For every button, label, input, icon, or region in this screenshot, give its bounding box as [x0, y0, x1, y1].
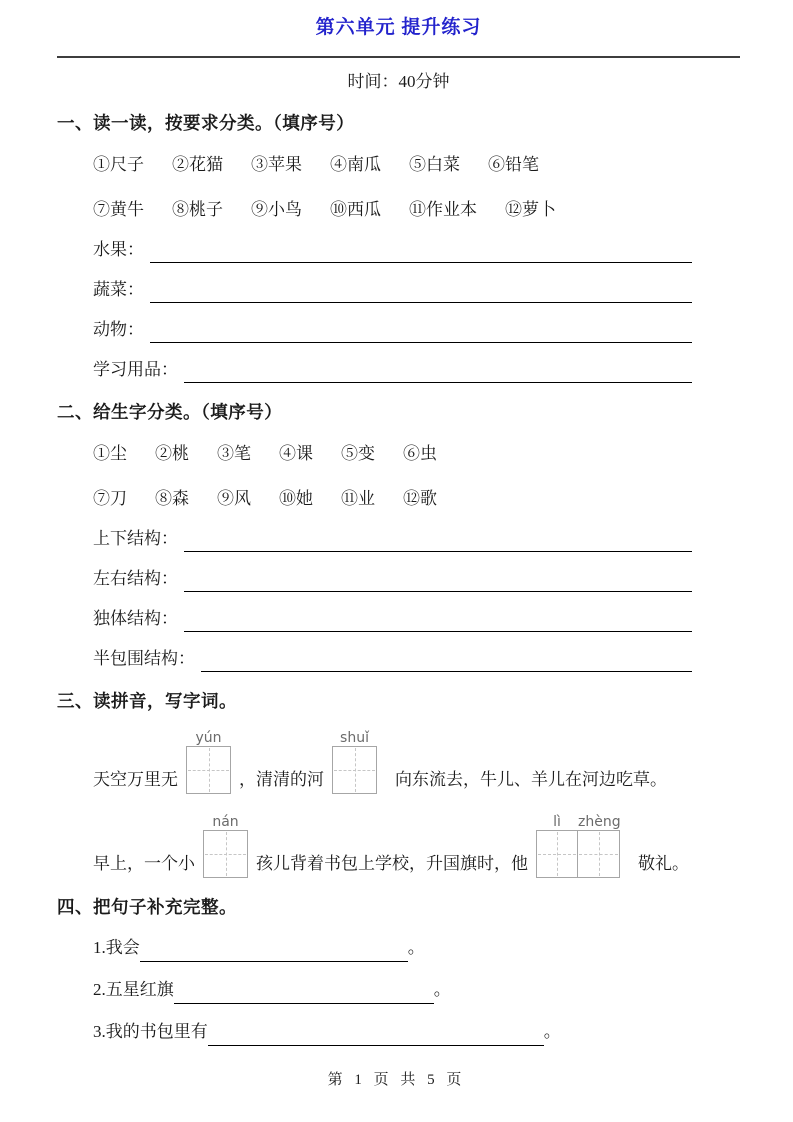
word-item: ⑨小鸟: [251, 197, 302, 223]
section-2: 二、给生字分类。（填序号） ①尘 ②桃 ③笔 ④课 ⑤变 ⑥虫 ⑦刀 ⑧森 ⑨风…: [57, 399, 740, 672]
structure-row-half-enclosed: 半包围结构：: [57, 646, 740, 672]
writing-box-shui[interactable]: shuǐ: [332, 730, 377, 794]
category-row-school-supplies: 学习用品：: [57, 357, 740, 383]
structure-label: 左右结构：: [93, 566, 178, 592]
section-3: 三、读拼音，写字词。 天空万里无 yún ，清清的河 shuǐ 向东流去，牛儿、…: [57, 688, 740, 878]
character-writing-box[interactable]: [186, 746, 231, 794]
pinyin-sentence-2: 早上，一个小 nán 孩儿背着书包上学校，升国旗时，他 lì zhèng 敬礼。: [57, 814, 740, 878]
section-1: 一、读一读，按要求分类。（填序号） ①尺子 ②花猫 ③苹果 ④南瓜 ⑤白菜 ⑥铅…: [57, 110, 740, 383]
word-item: ②花猫: [172, 152, 223, 178]
word-item: ⑪作业本: [409, 197, 477, 223]
category-row-animal: 动物：: [57, 317, 740, 343]
writing-box-yun[interactable]: yún: [186, 730, 231, 794]
pinyin-label: nán: [212, 814, 238, 830]
answer-line[interactable]: [150, 237, 692, 263]
word-item: ④南瓜: [330, 152, 381, 178]
structure-label: 上下结构：: [93, 526, 178, 552]
answer-line[interactable]: [150, 317, 692, 343]
category-row-vegetable: 蔬菜：: [57, 277, 740, 303]
answer-line[interactable]: [184, 526, 692, 552]
char-item: ①尘: [93, 441, 127, 467]
word-item: ⑦黄牛: [93, 197, 144, 223]
char-item: ⑤变: [341, 441, 375, 467]
sentence-suffix: 。: [544, 1018, 561, 1046]
structure-row-left-right: 左右结构：: [57, 566, 740, 592]
character-writing-box[interactable]: [578, 830, 620, 878]
char-item: ③笔: [217, 441, 251, 467]
char-item: ⑦刀: [93, 486, 127, 512]
sentence-text: 敬礼。: [638, 850, 689, 878]
answer-line[interactable]: [140, 934, 408, 962]
char-item: ⑫歌: [403, 486, 437, 512]
word-item: ①尺子: [93, 152, 144, 178]
section-2-heading: 二、给生字分类。（填序号）: [57, 399, 740, 425]
sentence-suffix: 。: [434, 976, 451, 1004]
pinyin-sentence-1: 天空万里无 yún ，清清的河 shuǐ 向东流去，牛儿、羊儿在河边吃草。: [57, 730, 740, 794]
sentence-prefix: 3.我的书包里有: [93, 1018, 208, 1046]
worksheet-page: 第六单元 提升练习 时间：40分钟 一、读一读，按要求分类。（填序号） ①尺子 …: [0, 0, 793, 1122]
word-item: ⑤白菜: [409, 152, 460, 178]
section-3-heading: 三、读拼音，写字词。: [57, 688, 740, 714]
writing-box-li-zheng[interactable]: lì zhèng: [536, 814, 620, 878]
char-item: ⑨风: [217, 486, 251, 512]
structure-label: 独体结构：: [93, 606, 178, 632]
answer-line[interactable]: [184, 566, 692, 592]
char-item: ②桃: [155, 441, 189, 467]
section-1-word-row-2: ⑦黄牛 ⑧桃子 ⑨小鸟 ⑩西瓜 ⑪作业本 ⑫萝卜: [57, 197, 740, 223]
word-item: ⑥铅笔: [488, 152, 539, 178]
char-item: ⑪业: [341, 486, 375, 512]
answer-line[interactable]: [184, 357, 692, 383]
sentence-completion-1: 1.我会 。: [57, 934, 740, 962]
answer-line[interactable]: [208, 1018, 544, 1046]
word-item: ⑫萝卜: [505, 197, 556, 223]
section-1-word-row-1: ①尺子 ②花猫 ③苹果 ④南瓜 ⑤白菜 ⑥铅笔: [57, 152, 740, 178]
answer-line[interactable]: [201, 646, 692, 672]
double-writing-box: [536, 830, 620, 878]
sentence-text: 孩儿背着书包上学校，升国旗时，他: [256, 850, 528, 878]
writing-box-nan[interactable]: nán: [203, 814, 248, 878]
category-label: 动物：: [93, 317, 144, 343]
character-writing-box[interactable]: [332, 746, 377, 794]
char-item: ⑥虫: [403, 441, 437, 467]
sentence-prefix: 2.五星红旗: [93, 976, 174, 1004]
char-item: ⑧森: [155, 486, 189, 512]
sentence-text: 早上，一个小: [93, 850, 195, 878]
pinyin-label: zhèng: [578, 814, 620, 830]
sentence-completion-2: 2.五星红旗 。: [57, 976, 740, 1004]
category-label: 蔬菜：: [93, 277, 144, 303]
category-label: 学习用品：: [93, 357, 178, 383]
word-item: ⑩西瓜: [330, 197, 381, 223]
pinyin-label: lì: [536, 814, 578, 830]
answer-line[interactable]: [174, 976, 434, 1004]
category-row-fruit: 水果：: [57, 237, 740, 263]
sentence-text: 向东流去，牛儿、羊儿在河边吃草。: [395, 766, 667, 794]
section-2-char-row-1: ①尘 ②桃 ③笔 ④课 ⑤变 ⑥虫: [57, 441, 740, 467]
category-label: 水果：: [93, 237, 144, 263]
sentence-text: ，清清的河: [239, 766, 324, 794]
answer-line[interactable]: [150, 277, 692, 303]
char-item: ⑩她: [279, 486, 313, 512]
structure-label: 半包围结构：: [93, 646, 195, 672]
sentence-prefix: 1.我会: [93, 934, 140, 962]
word-item: ⑧桃子: [172, 197, 223, 223]
section-4-heading: 四、把句子补充完整。: [57, 894, 740, 920]
pinyin-label: yún: [195, 730, 221, 746]
page-number: 第 1 页 共 5 页: [0, 1070, 793, 1090]
sentence-suffix: 。: [408, 934, 425, 962]
pinyin-label-row: lì zhèng: [536, 814, 620, 830]
header-divider: [57, 56, 740, 58]
section-4: 四、把句子补充完整。 1.我会 。 2.五星红旗 。 3.我的书包里有 。: [57, 894, 740, 1046]
word-item: ③苹果: [251, 152, 302, 178]
sentence-completion-3: 3.我的书包里有 。: [57, 1018, 740, 1046]
structure-row-top-bottom: 上下结构：: [57, 526, 740, 552]
page-title: 第六单元 提升练习: [57, 16, 740, 40]
char-item: ④课: [279, 441, 313, 467]
time-label: 时间：40分钟: [57, 70, 740, 94]
character-writing-box[interactable]: [536, 830, 578, 878]
answer-line[interactable]: [184, 606, 692, 632]
character-writing-box[interactable]: [203, 830, 248, 878]
section-2-char-row-2: ⑦刀 ⑧森 ⑨风 ⑩她 ⑪业 ⑫歌: [57, 486, 740, 512]
structure-row-single: 独体结构：: [57, 606, 740, 632]
pinyin-label: shuǐ: [340, 730, 369, 746]
sentence-text: 天空万里无: [93, 766, 178, 794]
section-1-heading: 一、读一读，按要求分类。（填序号）: [57, 110, 740, 136]
